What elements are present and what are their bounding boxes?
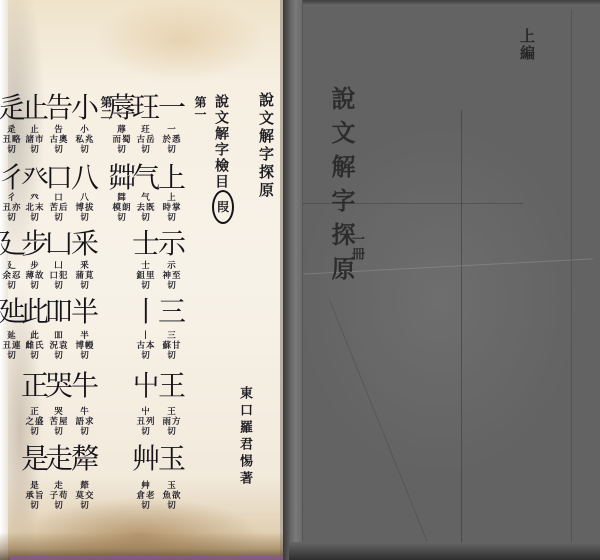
seal-glyph: 艸 [131,445,161,473]
seal-glyph: 辵 [0,94,27,122]
seal-glyph: 一 [157,94,187,122]
glyph-annotation: 一 於悉 切 [157,126,187,155]
cover-crease [571,10,572,550]
glyph-annotation: 玉 魚欲 切 [157,482,187,511]
glyph-annotation: 正 之盛 切 [20,408,50,437]
glyph-annotation: 㢟 丑連 切 [0,332,27,361]
glyph-annotation: 士 鉏里 切 [131,262,161,291]
cover-crease [461,110,462,550]
glyph-annotation: 蓐 而蜀 切 [107,126,137,155]
seal-glyph: 釆 [70,230,100,258]
cover-volume-count: 一冊 [347,232,366,262]
cover-bottom-edge [289,542,600,560]
circled-mark: 叚 [212,190,234,224]
seal-glyph: 屮 [131,372,161,400]
seal-glyph: 茻 [107,164,137,192]
seal-glyph: 丨 [131,298,161,326]
manuscript-page: 說文解字探原 說文解字檢目 叚 第一 一 一 於悉 切 上 上 時掌 切 示 示… [0,0,283,560]
glyph-annotation: 辵 丑略 切 [0,126,27,155]
book-title: 說文解字探原 [258,92,273,200]
seal-glyph: 廴 [0,230,27,258]
seal-glyph: 半 [70,298,100,326]
cover-crease [329,300,427,541]
seal-glyph: 㢟 [0,298,27,326]
cover-top-edge [289,0,600,6]
glyph-annotation: 牛 語求 切 [70,408,100,437]
seal-glyph: 犛 [70,445,100,473]
seal-glyph: 玉 [157,445,187,473]
glyph-annotation: 屮 丑列 切 [131,408,161,437]
cover-volume-label: 上編 [517,28,538,62]
seal-glyph: 正 [20,372,50,400]
seal-glyph: 牛 [70,372,100,400]
book-cover: 上編 說文解字探原 一冊 [289,0,600,560]
glyph-annotation: 三 蘇甘 切 [157,332,187,361]
glyph-annotation: 八 博拔 切 [70,194,100,223]
section-label-1: 第一 [194,96,206,120]
section-label-2: 第二 [100,96,112,120]
seal-glyph: 示 [157,230,187,258]
glyph-annotation: 王 雨方 切 [157,408,187,437]
glyph-annotation: 廴 余忍 切 [0,262,27,291]
seal-glyph: 彳 [0,164,27,192]
contents-heading: 說文解字檢目 [214,94,228,190]
glyph-annotation: 小 私兆 切 [70,126,100,155]
glyph-annotation: 釆 蒲莧 切 [70,262,100,291]
glyph-annotation: 上 時掌 切 [157,194,187,223]
glyph-annotation: 是 承旨 切 [20,482,50,511]
seal-glyph: 是 [20,445,50,473]
glyph-annotation: 犛 莫交 切 [70,482,100,511]
seal-glyph: 上 [157,164,187,192]
glyph-annotation: 彳 丑亦 切 [0,194,27,223]
author-line: 東口羅君惕著 [238,386,251,488]
bottom-edge-strip [10,556,283,560]
seal-glyph: 士 [131,230,161,258]
cover-spine [289,0,303,560]
seal-glyph: 八 [70,164,100,192]
glyph-annotation: 艸 倉老 切 [131,482,161,511]
seal-glyph: 小 [70,94,100,122]
seal-glyph: 三 [157,298,187,326]
seal-glyph: 王 [157,372,187,400]
glyph-annotation: 茻 模朗 切 [107,194,137,223]
glyph-annotation: 示 神至 切 [157,262,187,291]
glyph-annotation: 丨 古本 切 [131,332,161,361]
glyph-annotation: 半 博幔 切 [70,332,100,361]
